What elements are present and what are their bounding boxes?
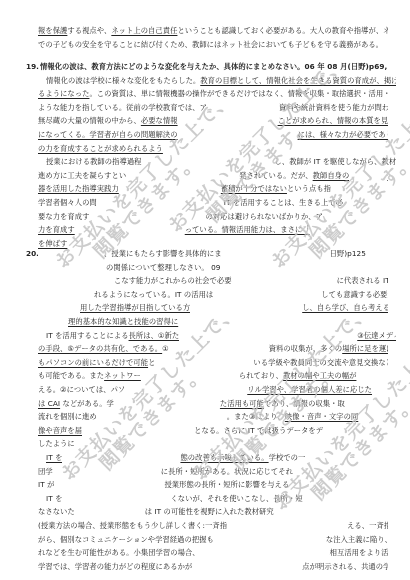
answer-line: の力を育成することが求められるよう: [38, 142, 388, 155]
text-segment: し、教師が IT を駆使しながら、教材提供や授業の: [275, 157, 396, 166]
text-segment: られており、: [239, 371, 283, 380]
text-segment: の対応は避けられないばかりか、ア: [205, 212, 323, 221]
answer-line: 像や音声を届となる。さらに IT では扱うデータをデ: [38, 424, 388, 437]
text-segment: な注入主義に陥り、落ちこぼ: [326, 535, 388, 544]
redacted-region: [38, 276, 114, 286]
intro-line: 報を保護する視点や、ネット上の自己責任ということも認識しておく必要がある。大人の…: [38, 24, 388, 37]
text-segment: したように: [38, 439, 75, 448]
redacted-region: [75, 225, 185, 235]
text-segment: 学習者個々人の問: [38, 198, 97, 207]
text-segment: ということも認識しておく必要がある。大人の教育や指導が、ネット社会: [177, 26, 388, 35]
text-segment: IT を: [46, 494, 62, 503]
question-title: 情報化の波は、教育方法にどのような変化を与えたか、具体的にまとめなさい。06 年…: [40, 60, 390, 73]
text-segment: という点も指: [287, 184, 331, 193]
answer-line: IT をくないが、それを使いこなし、長所・短なくては意味を: [38, 492, 396, 505]
underlined-text: 長所は、①新た: [129, 331, 180, 340]
underlined-text: 場所に足を運ばなくて: [342, 344, 388, 353]
underlined-text: 必要な情報: [141, 116, 178, 125]
text-segment: 流れを個別に進め: [38, 412, 97, 421]
text-segment: 授業における教師の指導過程: [46, 157, 142, 166]
text-segment: ①: [162, 344, 169, 353]
text-segment: 資料の収集が、多くの: [269, 344, 342, 353]
underlined-text: ネットワー: [104, 371, 141, 380]
answer-line: 流れを個別に進め。また③により、映像・音声・文字の同: [38, 410, 388, 423]
text-segment: に代表される IT を活: [337, 276, 388, 285]
answer-line: 無尽蔵の大量の情報の中から、必要な情報ことが求められ、情報の本質を見極める力も必…: [38, 114, 388, 127]
underlined-text: 理的基本的な知識と技能の習得に: [68, 317, 178, 326]
text-segment: 学習では、学習者の能力がどの程度にあるかが: [38, 562, 192, 571]
redacted-region: [200, 548, 330, 558]
underlined-text: 器を活用した指導実践力: [38, 184, 119, 193]
redacted-region: [227, 521, 347, 531]
underlined-text: もパソコンの前にいるだけで可能: [38, 358, 148, 367]
redacted-region: [169, 344, 269, 354]
underlined-text: になってくる。学習者が自らの問題解決の: [38, 130, 178, 139]
text-segment: 、授業にもたらす影響を具体的にま: [104, 249, 222, 258]
answer-line: 団学に長所・短所がある。状況に応じてそれ、そこに: [38, 465, 388, 478]
underlined-text: 態の改善も示唆している。: [180, 453, 268, 462]
underlined-text: や機: [387, 171, 388, 180]
text-segment: 。この資質は、単に情報機器の操作ができるだけではなく、情報を収集・取捨選択・活用…: [89, 89, 388, 98]
answer-line: IT が授業形態の長所・短所に影響を与える: [38, 478, 388, 491]
text-segment: なさないた: [38, 507, 75, 516]
redacted-region: [178, 130, 298, 140]
underlined-text: 映像・音声・文字の同: [285, 412, 358, 421]
answer-line: は CAI などがある。学た活用も可能であり、情報の収集・取: [38, 397, 388, 410]
redacted-region: [114, 399, 220, 409]
redacted-region: [323, 212, 388, 222]
underlined-text: 蓄積が十分ではない: [221, 184, 287, 193]
answer-line: れるようになっている。IT の活用はしても意識する必要がある。: [38, 288, 388, 301]
question-number: 20.: [26, 247, 39, 260]
redacted-region: [155, 358, 253, 368]
underlined-text: は CAI: [38, 399, 60, 408]
text-segment: 無尽蔵の大量の情報の中から、: [38, 116, 141, 125]
redacted-region: [62, 453, 180, 463]
underlined-text: 教師自身の: [313, 171, 350, 180]
text-segment: IT が: [38, 480, 54, 489]
redacted-region: [214, 535, 326, 545]
answer-line: の手段、⑤データの共有化、である。①資料の収集が、多くの場所に足を運ばなくて: [38, 342, 388, 355]
underlined-text: ③伝達メディア、④間接的・疑似的体験: [357, 331, 396, 340]
text-segment: 。また③により、: [227, 412, 285, 421]
answer-line: こなす能力がこれからの社会で必要に代表される IT を活: [38, 274, 388, 287]
redacted-region: [303, 494, 396, 504]
redacted-region: [190, 303, 302, 313]
text-segment: も可能である。また: [38, 371, 104, 380]
redacted-region: [125, 385, 247, 395]
redacted-region: [119, 184, 221, 194]
redacted-region: [89, 212, 205, 222]
underlined-text: の力を育成することが求められるよう: [38, 144, 163, 153]
redacted-region: [38, 249, 104, 259]
answer-line: なさないたは IT の可能性を視野に入れた教材研究: [38, 505, 388, 518]
text-segment: 学校での一: [269, 453, 306, 462]
text-segment: 相互活用をより活発にする。個別: [330, 548, 388, 557]
redacted-region: [310, 225, 388, 235]
document-page: 報を保護する視点や、ネット上の自己責任ということも認識しておく必要がある。大人の…: [0, 0, 410, 580]
answer-line: も可能である。またネットワーられており、教材の幅や工夫の幅が: [38, 369, 388, 382]
underlined-text: っている。情報活用能力は、まさに「: [185, 225, 310, 234]
answer-line: 要な力を育成すの対応は避けられないばかりか、ア」: [38, 210, 388, 223]
answer-line: 用した学習指導が目指している方し、自ら学び、自ら考える態度: [38, 301, 388, 314]
redacted-region: [232, 276, 337, 286]
redacted-region: [141, 371, 239, 381]
intro-line: での子どもの安全を守ることに結び付くため、教師にはネット社会においても子どもを守…: [38, 38, 388, 51]
text-segment: 授業形態の長所・短所に影響を与える: [164, 480, 289, 489]
underlined-text: の手段、⑤データの共有化、である。: [38, 344, 162, 353]
redacted-region: [293, 467, 388, 477]
redacted-region: [54, 480, 164, 490]
text-segment: 発されている。だが、: [239, 171, 312, 180]
redacted-region: [62, 494, 170, 504]
redacted-region: [38, 317, 68, 327]
redacted-region: [222, 249, 330, 259]
answer-line: 学習では、学習者の能力がどの程度にあるかが点が明示される、共通の学力が育て: [38, 560, 388, 573]
answer-line: (授業方法の場合、授業形態をもう少し詳しく書く:一斉指える、一斉指導でありな: [38, 519, 388, 532]
redacted-region: [178, 116, 278, 126]
text-segment: 情報化の波は学校に様々な変化をもたらした。: [46, 76, 200, 85]
redacted-region: [126, 171, 239, 181]
text-segment: がら、個別なコミュニケーションや学習経過の把握も: [38, 535, 214, 544]
underlined-text: 用した学習指導が目指している方: [80, 303, 190, 312]
underlined-text: 像や音声を届: [38, 426, 82, 435]
underlined-text: るようになった: [38, 89, 89, 98]
redacted-region: [97, 412, 227, 422]
text-segment: での子どもの安全を守ることに結び付くため、教師にはネット社会においても子どもを守…: [38, 40, 383, 49]
redacted-region: [349, 171, 387, 181]
answer-line: ような能力を指している。従前の学校教育では、ア資料や統計資料を使う能力が問われた…: [38, 101, 388, 114]
text-segment: となる。さらに IT では扱うデータをデ: [194, 426, 323, 435]
text-segment: 進め方に工夫を凝らすとい: [38, 171, 126, 180]
underlined-text: 教育の目標として、情報化社会を生きる資質の育成が、掲げられ: [200, 76, 396, 85]
text-segment: くないが、それを使いこなし、長所・短: [170, 494, 302, 503]
redacted-region: [179, 331, 357, 341]
underlined-text: には、様々な力が必要であり、学校においてはそ: [298, 130, 388, 139]
text-segment: (授業方法の場合、授業形態をもう少し詳しく書く:一斉指: [38, 521, 227, 530]
text-segment: 団学: [38, 467, 53, 476]
underlined-text: 力を育成す: [38, 225, 75, 234]
text-segment: と: [148, 358, 155, 367]
text-segment: は IT の可能性を視野に入れた教材研究: [145, 507, 274, 516]
text-segment: の関係について整理しなさい。 09: [106, 263, 220, 272]
answer-line: したように: [38, 437, 388, 450]
answer-line: IT を活用することによる長所は、①新た③伝達メディア、④間接的・疑似的体験: [38, 329, 396, 342]
redacted-region: [75, 507, 145, 517]
answer-line: 理的基本的な知識と技能の習得に: [38, 315, 388, 328]
question-number: 19.: [26, 60, 39, 73]
redacted-region: [305, 453, 396, 463]
answer-line: える。②については、パソリル学習や、学習者の個人差に応じた: [38, 383, 388, 396]
redacted-region: [142, 157, 275, 167]
redacted-region: [38, 290, 94, 300]
question-title-line: 、授業にもたらす影響を具体的にま日野)p125: [38, 247, 388, 260]
redacted-region: [97, 198, 224, 208]
redacted-region: [38, 263, 106, 273]
underlined-text: た活用も可能: [220, 399, 264, 408]
text-segment: IT を活用することは、生きる上で必: [224, 198, 343, 207]
text-segment: れなどを生む可能性がある。小集団学習の場合、: [38, 548, 200, 557]
answer-line: 器を活用した指導実践力蓄積が十分ではないという点も指: [38, 182, 388, 195]
answer-line: 情報化の波は学校に様々な変化をもたらした。教育の目標として、情報化社会を生きる資…: [38, 74, 396, 87]
text-segment: する視点や、: [67, 26, 111, 35]
text-segment: れるようになっている。IT の活用は: [94, 290, 213, 299]
text-segment: IT を活用することによる: [46, 331, 129, 340]
text-segment: こなす能力がこれからの社会で必要: [114, 276, 232, 285]
text-segment: 資料や統計資料を使う能力が問われたが、今後は: [279, 103, 388, 112]
answer-line: るようになった。この資質は、単に情報機器の操作ができるだけではなく、情報を収集・…: [38, 87, 388, 100]
redacted-region: [82, 426, 194, 436]
answer-line: れなどを生む可能性がある。小集団学習の場合、相互活用をより活発にする。個別: [38, 546, 388, 559]
underlined-text: 報を保護: [38, 26, 67, 35]
redacted-region: [213, 290, 321, 300]
question-title-line: の関係について整理しなさい。 09: [38, 261, 388, 274]
text-segment: 点が明示される、共通の学力が育て: [302, 562, 388, 571]
answer-line: 学習者個々人の問IT を活用することは、生きる上で必: [38, 196, 388, 209]
text-segment: 日野)p125: [330, 249, 366, 258]
text-segment: であり、情報の収集・取: [264, 399, 345, 408]
answer-line: 進め方に工夫を凝らすとい発されている。だが、教師自身のや機: [38, 169, 388, 182]
text-segment: に長所・短所がある。状況に応じてそれ: [161, 467, 293, 476]
redacted-region: [38, 303, 80, 313]
text-segment: いる学級や教員同士の交流や意見交換など: [253, 358, 388, 367]
redacted-region: [192, 562, 302, 572]
underlined-text: IT を: [46, 453, 62, 462]
text-segment: 要な力を育成す: [38, 212, 89, 221]
redacted-region: [53, 467, 161, 477]
answer-line: IT を態の改善も示唆している。学校での一小集: [38, 451, 396, 464]
answer-line: がら、個別なコミュニケーションや学習経過の把握もな注入主義に陥り、落ちこぼ: [38, 533, 388, 546]
answer-line: もパソコンの前にいるだけで可能といる学級や教員同士の交流や意見交換など: [38, 356, 388, 369]
answer-line: 授業における教師の指導過程し、教師が IT を駆使しながら、教材提供や授業の: [38, 155, 396, 168]
answer-line: 力を育成すっている。情報活用能力は、まさに「れ: [38, 223, 388, 236]
text-segment: しても意識する必要がある。: [321, 290, 388, 299]
underlined-text: 教材の幅や工夫の幅が: [283, 371, 356, 380]
answer-line: になってくる。学習者が自らの問題解決のには、様々な力が必要であり、学校においては…: [38, 128, 388, 141]
underlined-text: し、自ら学び、自ら考える態度: [302, 303, 388, 312]
text-segment: える、一斉指導でありな: [347, 521, 388, 530]
underlined-text: リル学習や、学習者の個人差に応じた: [247, 385, 372, 394]
text-segment: などがある。学: [60, 399, 114, 408]
text-segment: える。②については、パソ: [38, 385, 125, 394]
text-segment: ような能力を指している。従前の学校教育では、ア: [38, 103, 207, 112]
underlined-text: ネット上の自己責任: [111, 26, 177, 35]
underlined-text: ことが求められ、情報の本質を見極める力も必要: [278, 116, 388, 125]
redacted-region: [207, 103, 279, 113]
